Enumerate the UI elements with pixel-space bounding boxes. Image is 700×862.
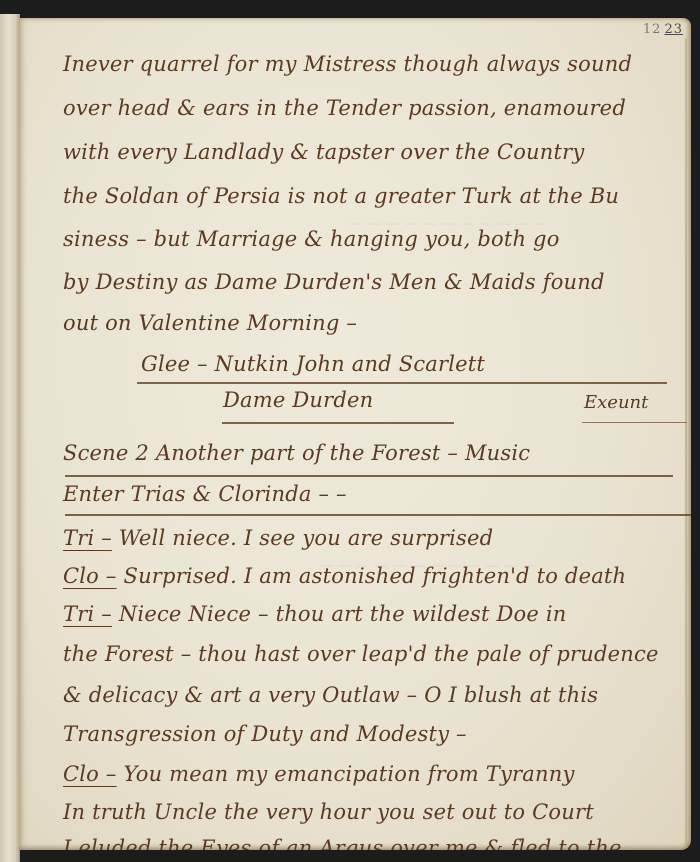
page-edge [685, 38, 687, 848]
enter-rule [65, 514, 691, 516]
speech-text: Well niece. I see you are surprised [119, 526, 493, 550]
folio-number: 1223 [643, 22, 683, 37]
book-binding-gutter [0, 14, 20, 862]
speaker-name: Tri – [63, 526, 112, 550]
dialogue-line: Tri – Niece Niece – thou art the wildest… [63, 604, 567, 625]
glee-subtitle-underline [222, 422, 454, 424]
dialogue-line: Clo – You mean my emancipation from Tyra… [63, 764, 575, 785]
speech-text: & delicacy & art a very Outlaw – O I blu… [63, 683, 598, 707]
page-number: 23 [664, 22, 683, 37]
glee-title: Glee – Nutkin John and Scarlett [141, 354, 485, 375]
speech-text: the Forest – thou hast over leap'd the p… [63, 642, 659, 666]
stage-direction-exeunt: Exeunt [584, 392, 648, 413]
manuscript-line: Inever quarrel for my Mistress though al… [63, 54, 632, 75]
glee-subtitle: Dame Durden [223, 390, 373, 411]
dialogue-line: the Forest – thou hast over leap'd the p… [63, 644, 659, 665]
manuscript-viewer: — — — — — — — — — — — — — — — — — — — — … [0, 0, 700, 862]
old-folio-number: 12 [643, 22, 662, 37]
manuscript-line: over head & ears in the Tender passion, … [63, 98, 626, 119]
dialogue-line: In truth Uncle the very hour you set out… [63, 802, 594, 823]
scene-heading: Scene 2 Another part of the Forest – Mus… [63, 443, 530, 464]
dialogue-line: I eluded the Eyes of an Argus over me & … [63, 838, 622, 850]
scene-heading-rule [65, 475, 673, 477]
speech-text: Surprised. I am astonished frighten'd to… [124, 564, 627, 588]
manuscript-page: — — — — — — — — — — — — — — — — — — — — … [19, 18, 691, 850]
speech-text: Niece Niece – thou art the wildest Doe i… [119, 602, 567, 626]
speech-text: I eluded the Eyes of an Argus over me & … [63, 836, 622, 850]
manuscript-line: siness – but Marriage & hanging you, bot… [63, 229, 560, 250]
speaker-name: Clo – [63, 564, 117, 588]
glee-underline [137, 382, 667, 384]
manuscript-line: by Destiny as Dame Durden's Men & Maids … [63, 272, 605, 293]
manuscript-line: the Soldan of Persia is not a greater Tu… [63, 186, 619, 207]
speech-text: In truth Uncle the very hour you set out… [63, 800, 594, 824]
exeunt-underline [582, 422, 687, 423]
speaker-name: Clo – [63, 762, 117, 786]
speech-text: You mean my emancipation from Tyranny [124, 762, 575, 786]
dialogue-line: Tri – Well niece. I see you are surprise… [63, 528, 493, 549]
dialogue-line: Transgression of Duty and Modesty – [63, 724, 467, 745]
speaker-name: Tri – [63, 602, 112, 626]
dialogue-line: Clo – Surprised. I am astonished frighte… [63, 566, 626, 587]
manuscript-line: with every Landlady & tapster over the C… [63, 142, 584, 163]
stage-direction-enter: Enter Trias & Clorinda – – [63, 484, 347, 505]
speech-text: Transgression of Duty and Modesty – [63, 722, 467, 746]
dialogue-line: & delicacy & art a very Outlaw – O I blu… [63, 685, 598, 706]
manuscript-line: out on Valentine Morning – [63, 313, 357, 334]
